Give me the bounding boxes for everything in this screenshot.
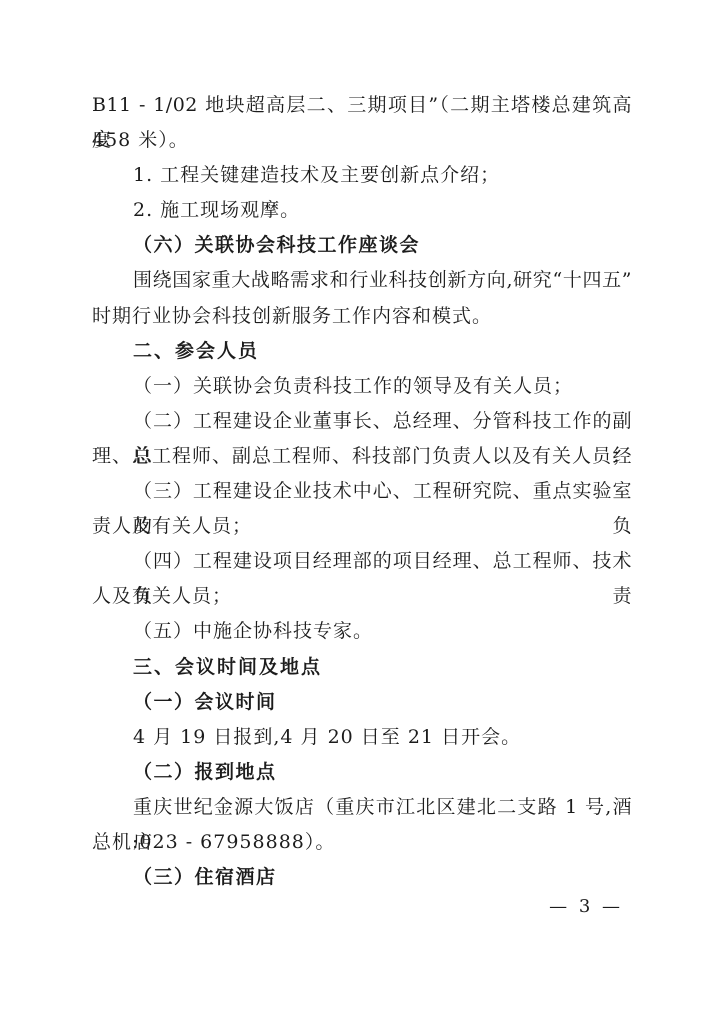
list-item: 2. 施工现场观摩。 bbox=[92, 193, 632, 228]
body-line: 4 月 19 日报到,4 月 20 日至 21 日开会。 bbox=[92, 720, 632, 755]
body-line: 总机:023 - 67958888）。 bbox=[92, 825, 632, 860]
list-item: （一）关联协会负责科技工作的领导及有关人员； bbox=[92, 369, 632, 404]
subsection-heading: （一）会议时间 bbox=[92, 685, 632, 720]
body-line: 围绕国家重大战略需求和行业科技创新方向,研究“十四五” bbox=[92, 263, 632, 298]
body-line: 458 米）。 bbox=[92, 123, 632, 158]
list-item: （五）中施企协科技专家。 bbox=[92, 614, 632, 649]
list-item: （二）工程建设企业董事长、总经理、分管科技工作的副总经 bbox=[92, 404, 632, 439]
body-line: 时期行业协会科技创新服务工作内容和模式。 bbox=[92, 299, 632, 334]
subsection-heading: （三）住宿酒店 bbox=[92, 860, 632, 895]
subsection-heading: （六）关联协会科技工作座谈会 bbox=[92, 228, 632, 263]
list-item: （四）工程建设项目经理部的项目经理、总工程师、技术负责 bbox=[92, 544, 632, 579]
body-line: 重庆世纪金源大饭店（重庆市江北区建北二支路 1 号,酒店 bbox=[92, 790, 632, 825]
section-heading: 三、会议时间及地点 bbox=[92, 650, 632, 685]
list-item: 1. 工程关键建造技术及主要创新点介绍； bbox=[92, 158, 632, 193]
body-line: B11 - 1/02 地块超高层二、三期项目”（二期主塔楼总建筑高度 bbox=[92, 88, 632, 123]
list-item: （三）工程建设企业技术中心、工程研究院、重点实验室的负 bbox=[92, 474, 632, 509]
subsection-heading: （二）报到地点 bbox=[92, 755, 632, 790]
section-heading: 二、参会人员 bbox=[92, 334, 632, 369]
page-number: — 3 — bbox=[549, 894, 623, 920]
document-page: B11 - 1/02 地块超高层二、三期项目”（二期主塔楼总建筑高度 458 米… bbox=[0, 0, 723, 1024]
document-body: B11 - 1/02 地块超高层二、三期项目”（二期主塔楼总建筑高度 458 米… bbox=[92, 88, 632, 895]
body-line: 理、总工程师、副总工程师、科技部门负责人以及有关人员； bbox=[92, 439, 632, 474]
